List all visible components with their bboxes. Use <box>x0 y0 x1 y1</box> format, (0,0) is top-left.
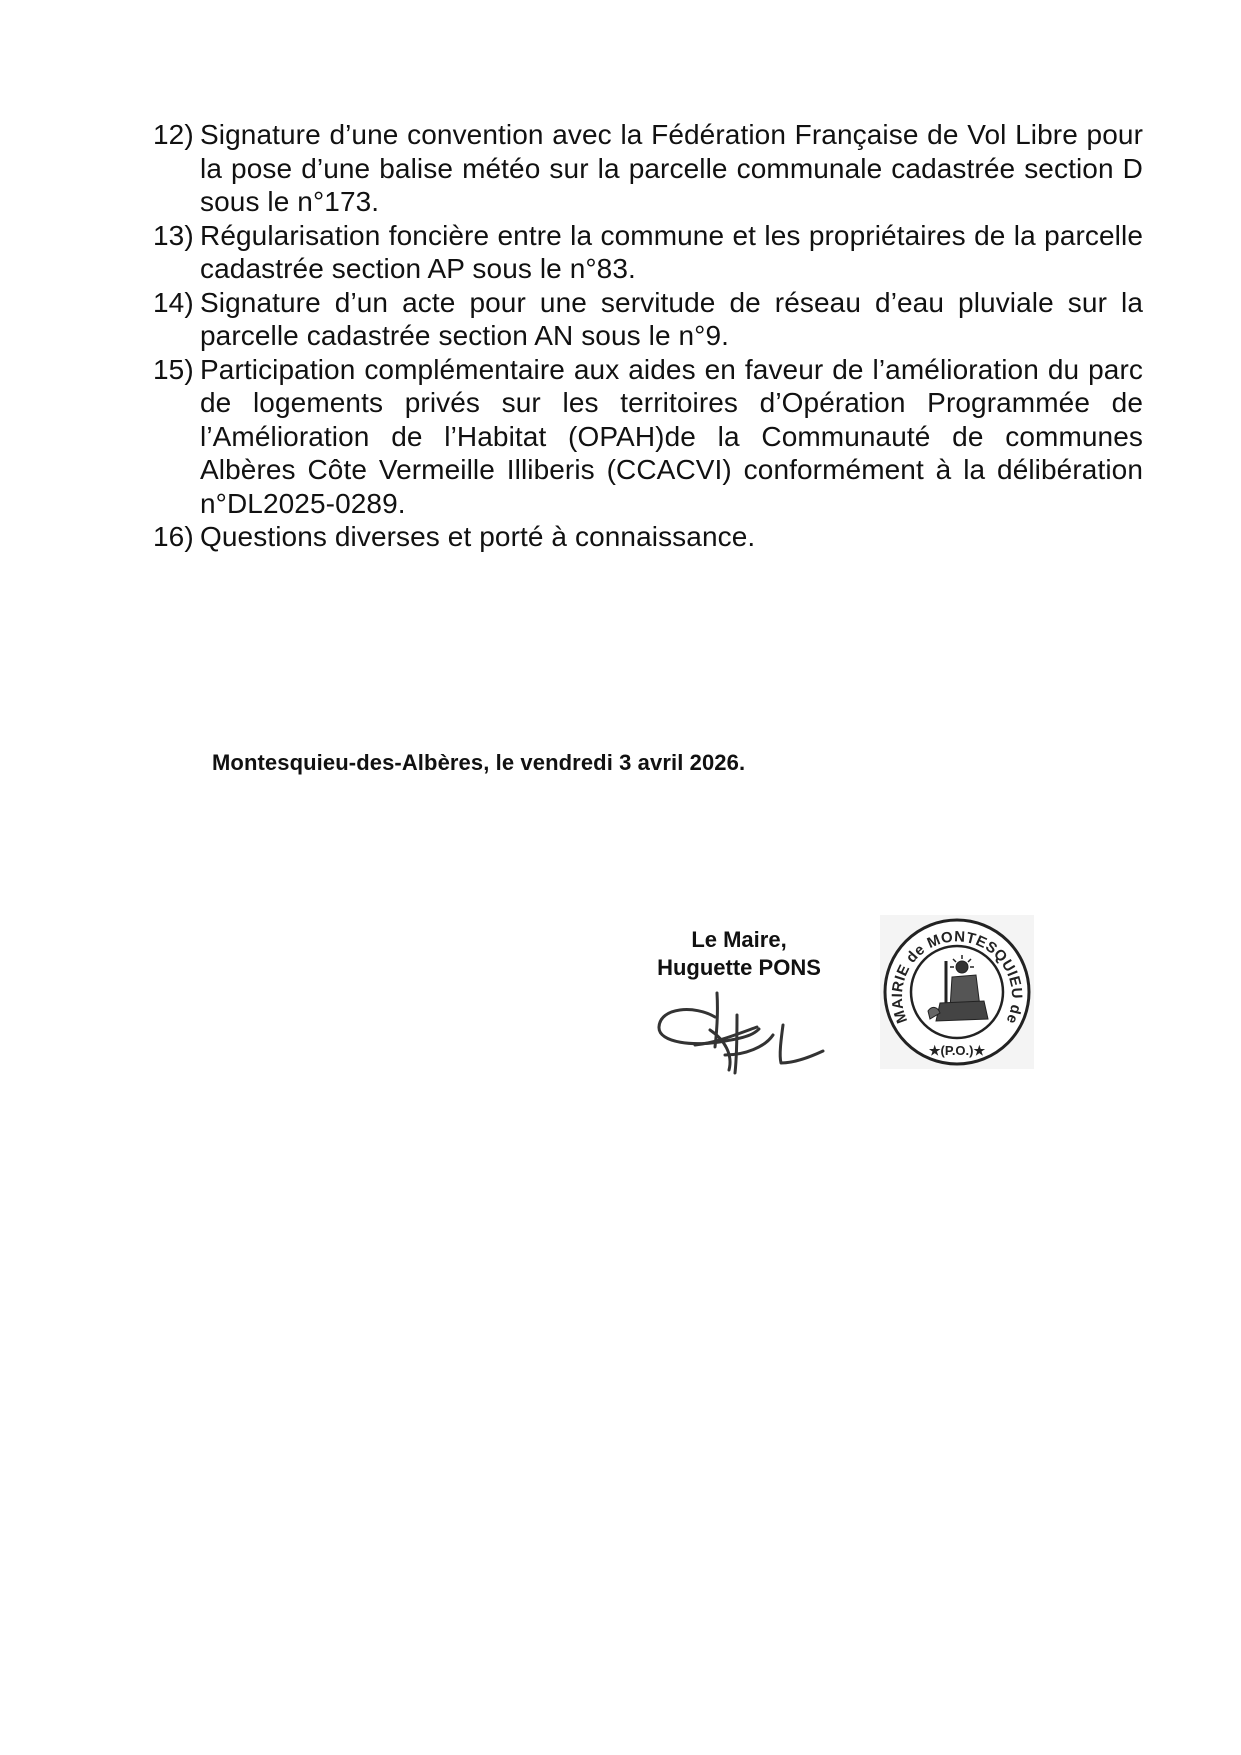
agenda-item-number: 16) <box>153 520 200 554</box>
official-seal-icon: MAIRIE de MONTESQUIEU des ALBÈRES ★(P.O.… <box>880 915 1034 1069</box>
agenda-item-number: 14) <box>153 286 200 320</box>
svg-text:★(P.O.)★: ★(P.O.)★ <box>929 1043 986 1058</box>
signatory-role: Le Maire, <box>640 926 838 954</box>
agenda-item-16: 16) Questions diverses et porté à connai… <box>153 520 1143 554</box>
signatory-name: Huguette PONS <box>640 954 838 982</box>
agenda-item-13: 13) Régularisation foncière entre la com… <box>153 219 1143 286</box>
agenda-item-text: Signature d’un acte pour une servitude d… <box>200 286 1143 353</box>
agenda-item-text: Signature d’une convention avec la Fédér… <box>200 118 1143 219</box>
agenda-item-text: Questions diverses et porté à connaissan… <box>200 520 1143 554</box>
agenda-item-number: 13) <box>153 219 200 253</box>
document-page: 12) Signature d’une convention avec la F… <box>0 0 1241 1755</box>
agenda-item-text: Régularisation foncière entre la commune… <box>200 219 1143 286</box>
agenda-item-text: Participation complémentaire aux aides e… <box>200 353 1143 521</box>
agenda-list: 12) Signature d’une convention avec la F… <box>153 118 1143 554</box>
agenda-item-12: 12) Signature d’une convention avec la F… <box>153 118 1143 219</box>
signatory-block: Le Maire, Huguette PONS <box>640 926 838 982</box>
agenda-item-number: 15) <box>153 353 200 387</box>
place-and-date: Montesquieu-des-Albères, le vendredi 3 a… <box>212 750 745 776</box>
agenda-item-15: 15) Participation complémentaire aux aid… <box>153 353 1143 521</box>
agenda-item-number: 12) <box>153 118 200 152</box>
agenda-item-14: 14) Signature d’un acte pour une servitu… <box>153 286 1143 353</box>
handwritten-signature-icon <box>655 985 835 1075</box>
